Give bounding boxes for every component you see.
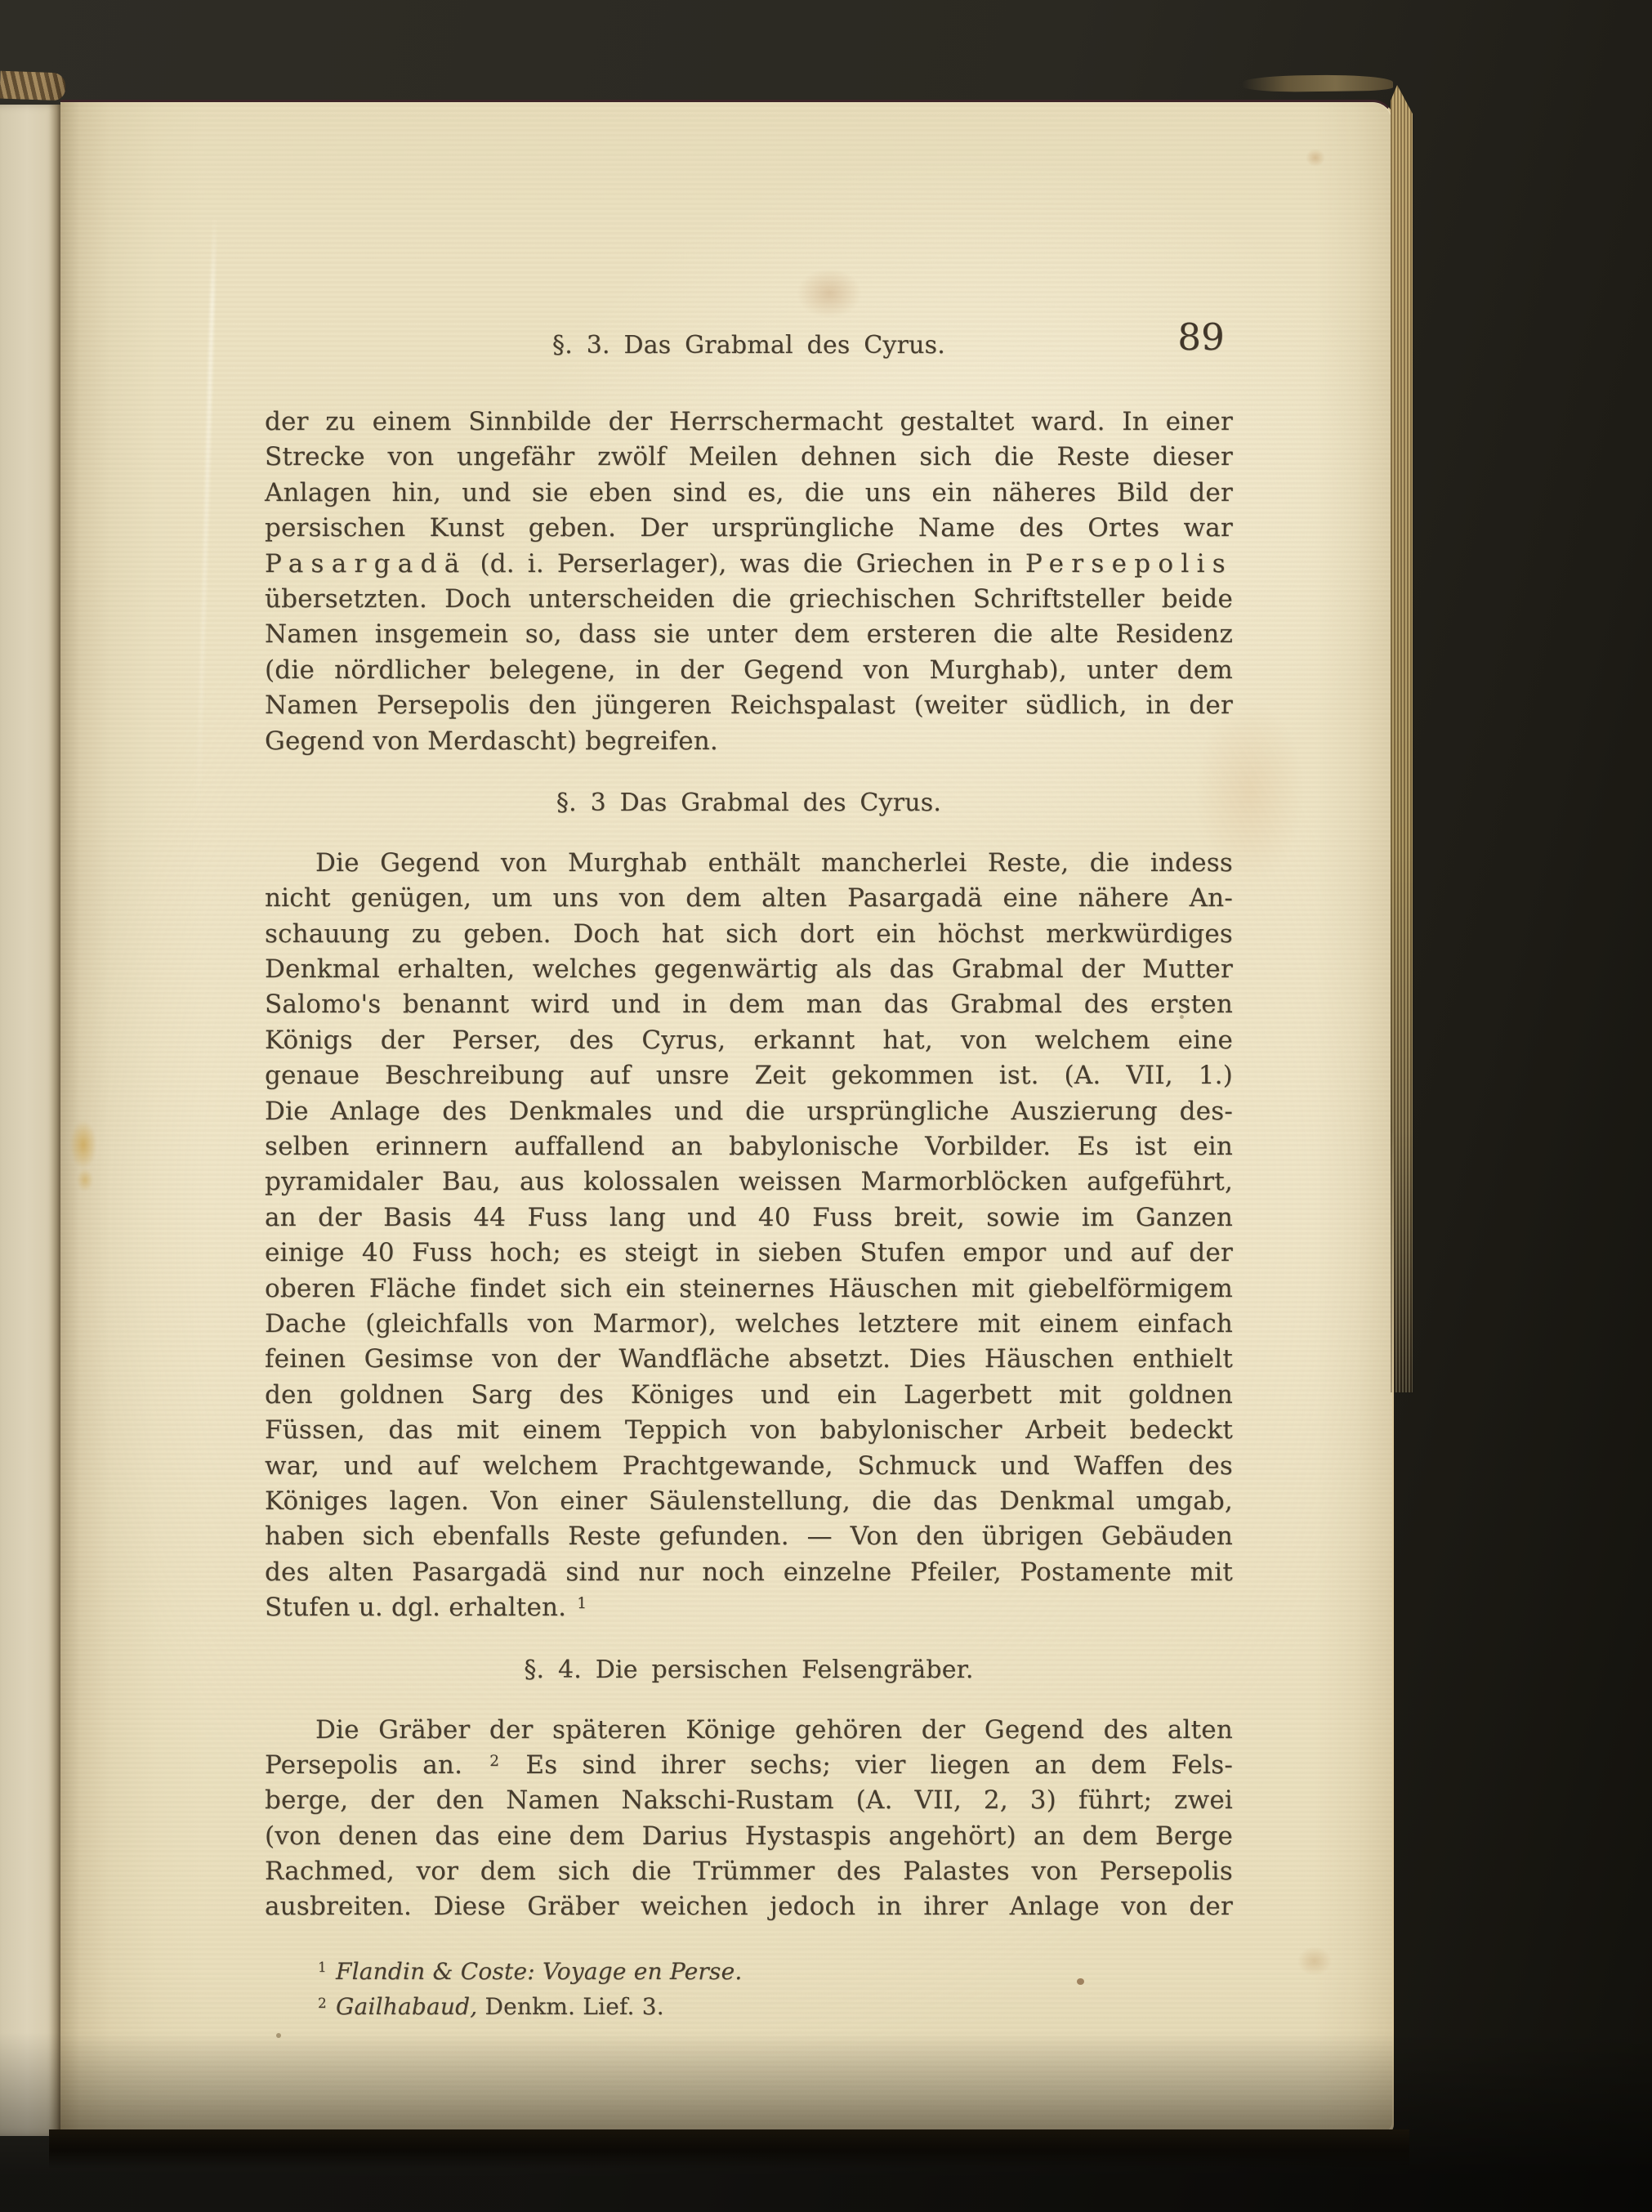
text-line: oberen Fläche findet sich ein steinernes… [265,1271,1233,1307]
facing-page [0,105,60,2136]
text-line: übersetzten. Doch unterscheiden die grie… [265,582,1233,617]
text-line: Königs der Perser, des Cyrus, erkannt ha… [265,1023,1233,1058]
page-crease [196,213,217,818]
paragraph-2: Die Gegend von Murghab enthält mancherle… [265,846,1233,1626]
text-line: pyramidaler Bau, aus kolossalen weissen … [265,1164,1233,1200]
text-block: §. 3. Das Grabmal des Cyrus. 89 der zu e… [265,324,1233,2027]
text-line: Namen Persepolis den jüngeren Reichspala… [265,688,1233,723]
text-line: Gegend von Merdascht) begreifen. [265,724,1233,759]
footnote-marker: 2 [487,1753,501,1770]
text-line: schauung zu geben. Doch hat sich dort ei… [265,917,1233,952]
section-heading-3: §. 3 Das Grabmal des Cyrus. [265,789,1233,818]
text-line: Persepolis an. 2 Es sind ihrer sechs; vi… [265,1748,1233,1783]
text-line: selben erinnern auffallend an babylonisc… [265,1129,1233,1164]
paragraph-1: der zu einem Sinnbilde der Herrschermach… [265,404,1233,759]
text-line: war, und auf welchem Prachtgewande, Schm… [265,1449,1233,1484]
text-line: persischen Kunst geben. Der ursprünglich… [265,511,1233,546]
text-line: (die nördlicher belegene, in der Gegend … [265,653,1233,688]
text-line: Rachmed, vor dem sich die Trümmer des Pa… [265,1854,1233,1889]
text-line: nicht genügen, um uns von dem alten Pasa… [265,881,1233,916]
body-text: der zu einem Sinnbilde der Herrschermach… [265,404,1233,2027]
text-line: (von denen das eine dem Darius Hystaspis… [265,1819,1233,1854]
text-line: einige 40 Fuss hoch; es steigt in sieben… [265,1236,1233,1271]
text-line: berge, der den Namen Nakschi-Rustam (A. … [265,1783,1233,1818]
text-line: Anlagen hin, und sie eben sind es, die u… [265,476,1233,511]
text-line: Dache (gleichfalls von Marmor), welches … [265,1307,1233,1342]
text-line: ausbreiten. Diese Gräber weichen jedoch … [265,1889,1233,1924]
text-line: feinen Gesimse von der Wandfläche absetz… [265,1342,1233,1377]
paragraph-3: Die Gräber der späteren Könige gehören d… [265,1713,1233,1925]
text-line: Namen insgemein so, dass sie unter dem e… [265,617,1233,652]
text-line: Die Gräber der späteren Könige gehören d… [265,1713,1233,1748]
text-line: genaue Beschreibung auf unsre Zeit gekom… [265,1058,1233,1093]
footnote-line: 1 Flandin & Coste: Voyage en Perse. [315,1956,1233,1991]
text-line: Die Anlage des Denkmales und die ursprün… [265,1094,1233,1129]
text-line: Denkmal erhalten, welches gegenwärtig al… [265,952,1233,987]
footnote-marker: 2 [315,1995,328,2011]
text-line: haben sich ebenfalls Reste gefunden. — V… [265,1519,1233,1554]
footnote-marker: 1 [315,1959,328,1975]
text-line: Die Gegend von Murghab enthält mancherle… [265,846,1233,881]
text-line: an der Basis 44 Fuss lang und 40 Fuss br… [265,1200,1233,1236]
spine-headband [0,71,66,101]
text-line: Pasargadä (d. i. Perserlager), was die G… [265,547,1233,582]
page-bottom-shadow [49,2129,1409,2169]
footnote-marker: 1 [574,1595,588,1612]
book-page: §. 3. Das Grabmal des Cyrus. 89 der zu e… [60,100,1394,2134]
running-head: §. 3. Das Grabmal des Cyrus. [265,324,1233,367]
photo-background: §. 3. Das Grabmal des Cyrus. 89 der zu e… [0,0,1652,2212]
footnote-line: 2 Gailhabaud, Denkm. Lief. 3. [315,1991,1233,2027]
text-line: den goldnen Sarg des Königes und ein Lag… [265,1378,1233,1413]
text-line: Stufen u. dgl. erhalten. 1 [265,1590,1233,1625]
text-line: Königes lagen. Von einer Säulenstellung,… [265,1484,1233,1519]
running-head-row: §. 3. Das Grabmal des Cyrus. 89 [265,324,1233,367]
text-line: Salomo's benannt wird und in dem man das… [265,987,1233,1022]
page-number: 89 [1177,316,1225,359]
text-line: des alten Pasargadä sind nur noch einzel… [265,1555,1233,1590]
section-heading-4: §. 4. Die persischen Felsengräber. [265,1656,1233,1685]
text-line: der zu einem Sinnbilde der Herrschermach… [265,404,1233,440]
footnotes: 1 Flandin & Coste: Voyage en Perse.2 Gai… [265,1956,1233,2027]
top-edge-pages [1242,74,1393,93]
text-line: Strecke von ungefähr zwölf Meilen dehnen… [265,440,1233,475]
fore-edge-pages [1391,85,1413,1392]
text-line: Füssen, das mit einem Teppich von babylo… [265,1413,1233,1448]
